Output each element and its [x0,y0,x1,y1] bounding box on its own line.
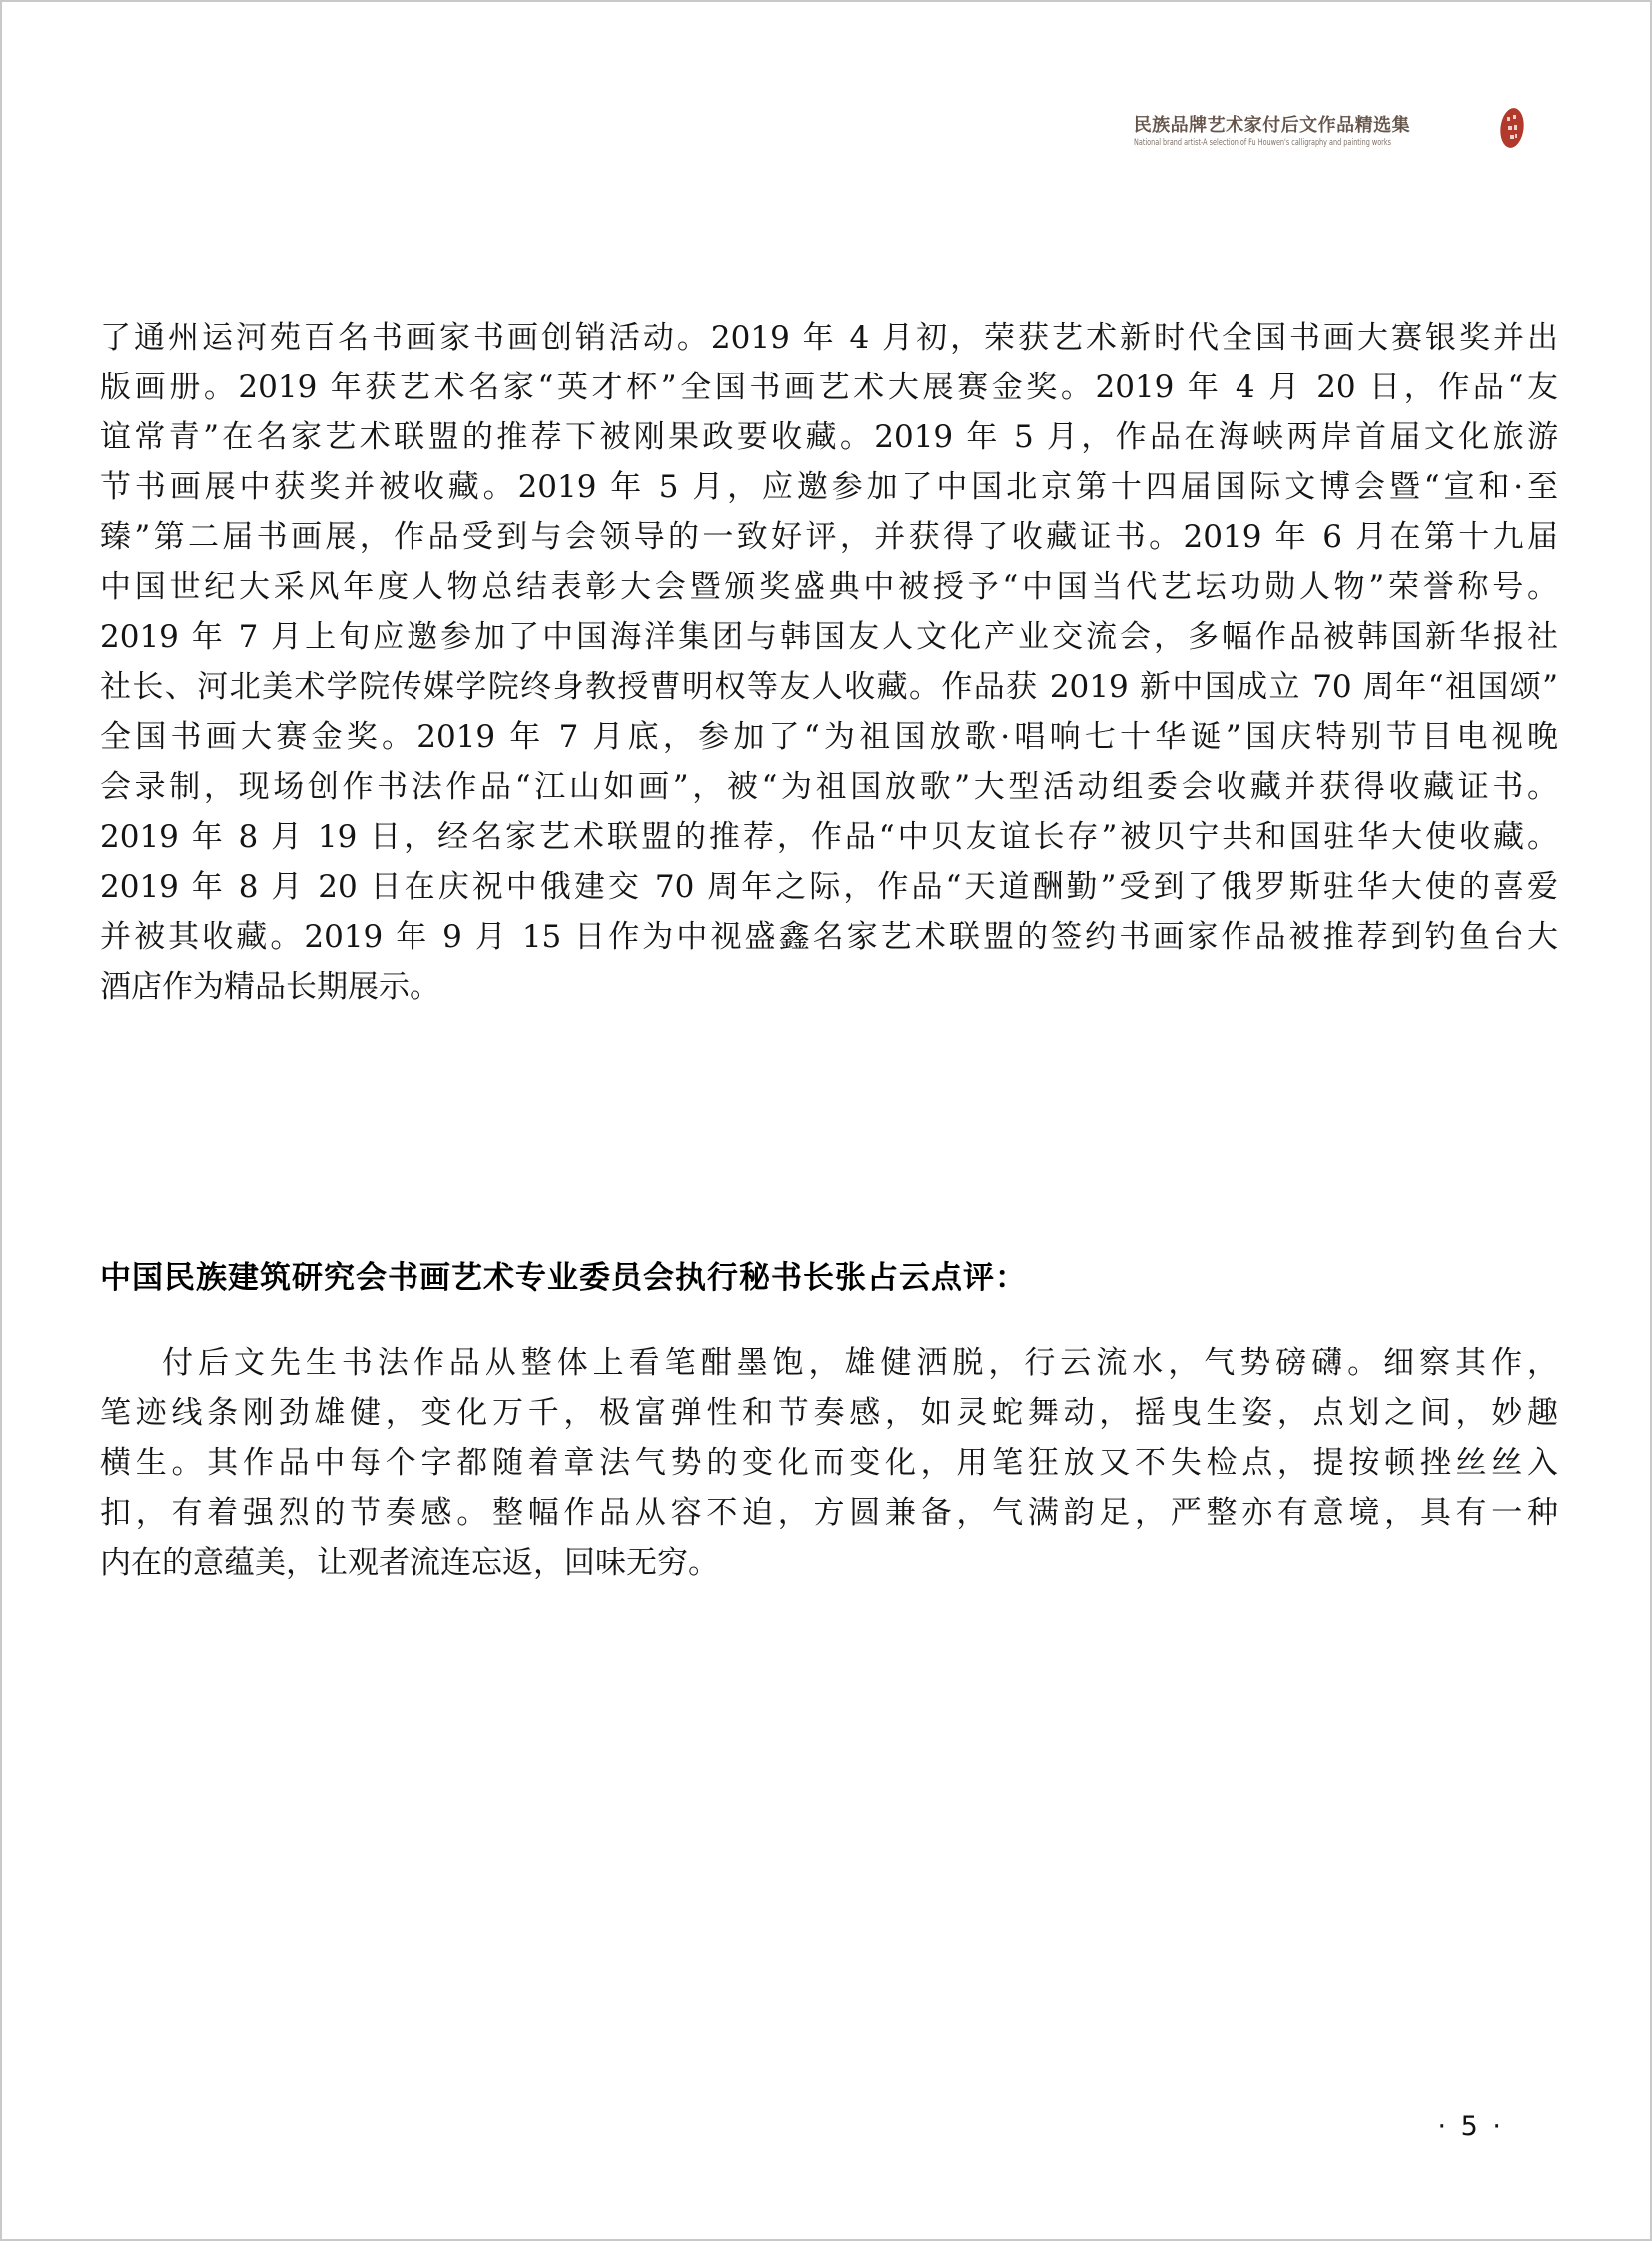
bio-line: 社长、河北美术学院传媒学院终身教授曹明权等友人收藏。作品获 2019 新中国成立… [100,662,1558,712]
bio-line: 全国书画大赛金奖。2019 年 7 月底，参加了“为祖国放歌·唱响七十华诞”国庆… [100,712,1558,762]
review-line: 横生。其作品中每个字都随着章法气势的变化而变化，用笔狂放又不失检点，提按顿挫丝丝… [100,1438,1558,1488]
red-seal-icon [1498,106,1526,154]
bio-line: 中国世纪大采风年度人物总结表彰大会暨颁奖盛典中被授予“中国当代艺坛功勋人物”荣誉… [100,562,1558,612]
review-heading: 中国民族建筑研究会书画艺术专业委员会执行秘书长张占云点评： [100,1252,1027,1297]
header-title-cn: 民族品牌艺术家付后文作品精选集 [1134,115,1491,137]
bio-line: 会录制，现场创作书法作品“江山如画”，被“为祖国放歌”大型活动组委会收藏并获得收… [100,762,1558,812]
header-subtitle-en: National brand artist-A selection of Fu … [1134,138,1391,148]
bio-line: 2019 年 8 月 20 日在庆祝中俄建交 70 周年之际，作品“天道酬勤”受… [100,862,1558,912]
bio-line: 了通州运河苑百名书画家书画创销活动。2019 年 4 月初，荣获艺术新时代全国书… [100,313,1558,363]
bio-line: 2019 年 7 月上旬应邀参加了中国海洋集团与韩国友人文化产业交流会，多幅作品… [100,612,1558,662]
review-line: 付后文先生书法作品从整体上看笔酣墨饱，雄健洒脱，行云流水，气势磅礴。细察其作， [100,1338,1558,1388]
page-header: 民族品牌艺术家付后文作品精选集 National brand artist-A … [1134,106,1526,148]
page-number: · 5 · [1437,2111,1504,2142]
review-line: 笔迹线条刚劲雄健，变化万千，极富弹性和节奏感，如灵蛇舞动，摇曳生姿，点划之间，妙… [100,1388,1558,1438]
book-page: 民族品牌艺术家付后文作品精选集 National brand artist-A … [0,0,1652,2241]
review-paragraph: 付后文先生书法作品从整体上看笔酣墨饱，雄健洒脱，行云流水，气势磅礴。细察其作， … [100,1338,1558,1588]
bio-line: 节书画展中获奖并被收藏。2019 年 5 月，应邀参加了中国北京第十四届国际文博… [100,462,1558,512]
biography-paragraph: 了通州运河苑百名书画家书画创销活动。2019 年 4 月初，荣获艺术新时代全国书… [100,313,1558,1012]
review-line: 扣，有着强烈的节奏感。整幅作品从容不迫，方圆兼备，气满韵足，严整亦有意境，具有一… [100,1488,1558,1538]
bio-line: 版画册。2019 年获艺术名家“英才杯”全国书画艺术大展赛金奖。2019 年 4… [100,363,1558,412]
bio-line: 臻”第二届书画展，作品受到与会领导的一致好评，并获得了收藏证书。2019 年 6… [100,512,1558,562]
bio-line: 谊常青”在名家艺术联盟的推荐下被刚果政要收藏。2019 年 5 月，作品在海峡两… [100,412,1558,462]
bio-line: 并被其收藏。2019 年 9 月 15 日作为中视盛鑫名家艺术联盟的签约书画家作… [100,912,1558,962]
bio-line: 酒店作为精品长期展示。 [100,962,1558,1012]
bio-line: 2019 年 8 月 19 日，经名家艺术联盟的推荐，作品“中贝友谊长存”被贝宁… [100,812,1558,862]
review-line: 内在的意蕴美，让观者流连忘返，回味无穷。 [100,1538,1558,1588]
header-titles: 民族品牌艺术家付后文作品精选集 National brand artist-A … [1134,115,1491,148]
